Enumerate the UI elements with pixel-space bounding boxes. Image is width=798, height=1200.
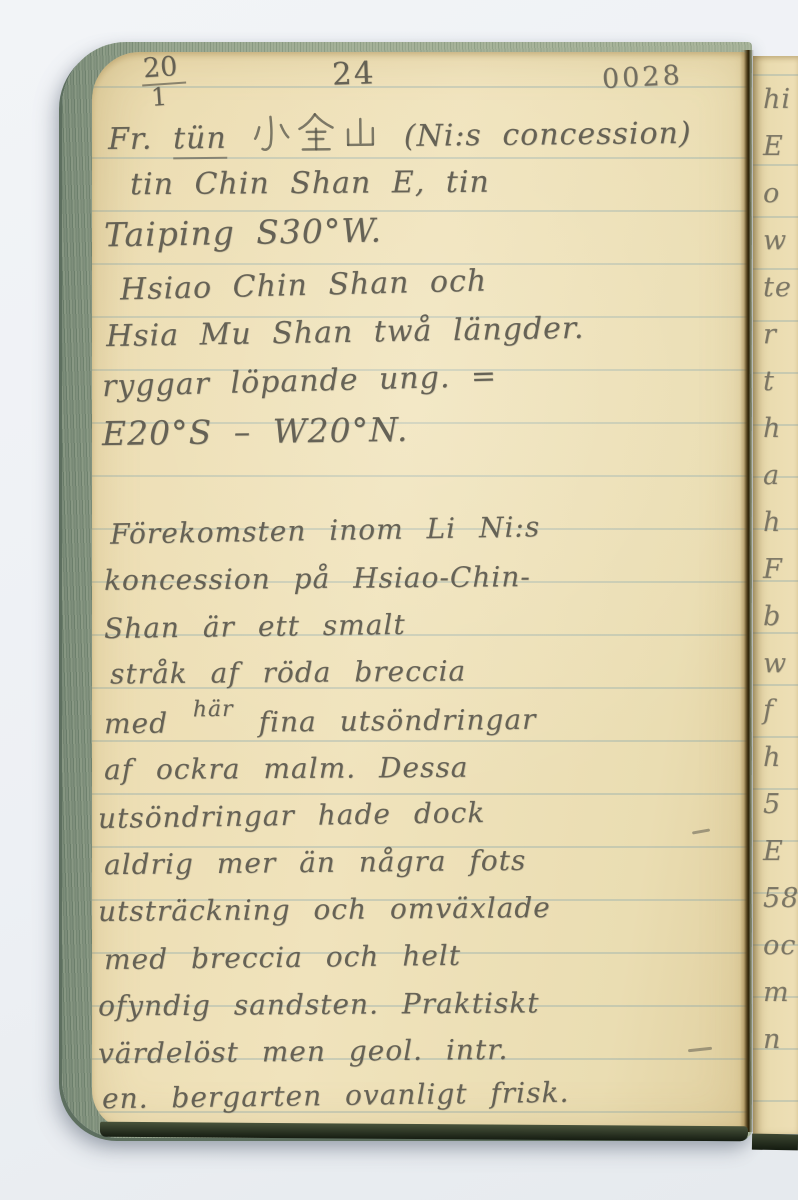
- paragraph-line-7: utsöndringar hade dock: [98, 796, 486, 835]
- paragraph-line-6: af ockra malm. Dessa: [104, 751, 469, 787]
- paragraph-line-2: koncession på Hsiao-Chin-: [104, 560, 531, 597]
- page-number: 24: [331, 55, 376, 92]
- right-page-text-fragment: h: [754, 507, 798, 554]
- paragraph-line-1: Förekomsten inom Li Ni:s: [110, 510, 541, 551]
- right-page-text-fragment: F: [754, 554, 798, 601]
- entry-line-6: ryggar löpande ung. =: [102, 359, 498, 404]
- paragraph-line-3: Shan är ett smalt: [104, 608, 406, 645]
- binding-gutter: [740, 50, 754, 1132]
- paragraph-line-10: med breccia och helt: [104, 939, 461, 976]
- right-page-text-fragment: n: [754, 1024, 798, 1071]
- cover-edge: [100, 1122, 748, 1142]
- entry-line-3: Taiping S30°W.: [104, 211, 383, 255]
- paragraph-line-8: aldrig mer än några fots: [104, 844, 527, 881]
- entry-line-7: E20°S – W20°N.: [102, 410, 409, 453]
- right-page-text-fragment: oc: [754, 930, 798, 977]
- paragraph-line-12: värdelöst men geol. intr.: [98, 1033, 509, 1070]
- right-page-text-fragment: te: [754, 272, 798, 319]
- interline-insertion: här: [193, 697, 234, 722]
- right-page-text-fragment: E: [754, 836, 798, 883]
- right-page-text-fragment: t: [754, 366, 798, 413]
- entry-line-5: Hsia Mu Shan twå längder.: [106, 311, 585, 354]
- stray-pencil-mark: [692, 828, 710, 834]
- paragraph-line-9: utsträckning och omväxlade: [98, 891, 551, 928]
- entry-line-4: Hsiao Chin Shan och: [120, 264, 488, 308]
- right-page-text-fragment: 58: [754, 883, 798, 930]
- paragraph-line-5-after: fina utsöndringar: [259, 703, 537, 739]
- right-page-text-fragment: E: [754, 131, 798, 178]
- notebook-left-page: 20 1 24 0028 Fr. tün: [92, 52, 747, 1130]
- entry-line-1: Fr. tün: [108, 107, 692, 157]
- entry-line-2: tin Chin Shan E, tin: [130, 165, 490, 203]
- scanned-notebook-photo: 20 1 24 0028 Fr. tün: [0, 0, 798, 1200]
- right-page-text-fragment: b: [754, 601, 798, 648]
- right-page-text-fragment: m: [754, 977, 798, 1024]
- paragraph-line-5: med här fina utsöndringar: [104, 703, 537, 741]
- paragraph-line-4: stråk af röda breccia: [110, 654, 466, 690]
- archive-stamp-number: 0028: [601, 60, 683, 95]
- cover-edge: [752, 1134, 798, 1151]
- paragraph-line-13: en. bergarten ovanligt frisk.: [102, 1076, 570, 1116]
- right-page-text-fragment: w: [754, 225, 798, 272]
- right-page-text-fragment: f: [754, 695, 798, 742]
- right-page-text-fragment: 5: [754, 789, 798, 836]
- paragraph-line-11: ofyndig sandsten. Praktiskt: [98, 986, 540, 1022]
- right-page-text-fragment: w: [754, 648, 798, 695]
- date-fraction: 20 1: [140, 51, 188, 113]
- right-page-text-fragment: h: [754, 413, 798, 460]
- stray-pencil-mark: [688, 1047, 712, 1052]
- right-page-text-fragment: h: [754, 742, 798, 789]
- date-denominator: 1: [150, 80, 188, 111]
- entry-line-1-underlined-word: tün: [173, 121, 227, 160]
- chinese-characters: [251, 110, 379, 155]
- entry-line-1-prefix: Fr.: [108, 122, 153, 157]
- right-page-text-fragment: hi: [754, 84, 798, 131]
- right-page-text-fragment: a: [754, 460, 798, 507]
- right-page-text-fragment: o: [754, 178, 798, 225]
- right-page-text-fragment: r: [754, 319, 798, 366]
- entry-line-1-suffix: (Ni:s concession): [404, 116, 692, 154]
- paragraph-line-5-before: med: [104, 707, 168, 741]
- right-page-fragments: hiEowterthahFbwfh5E58ocmn: [754, 84, 798, 1071]
